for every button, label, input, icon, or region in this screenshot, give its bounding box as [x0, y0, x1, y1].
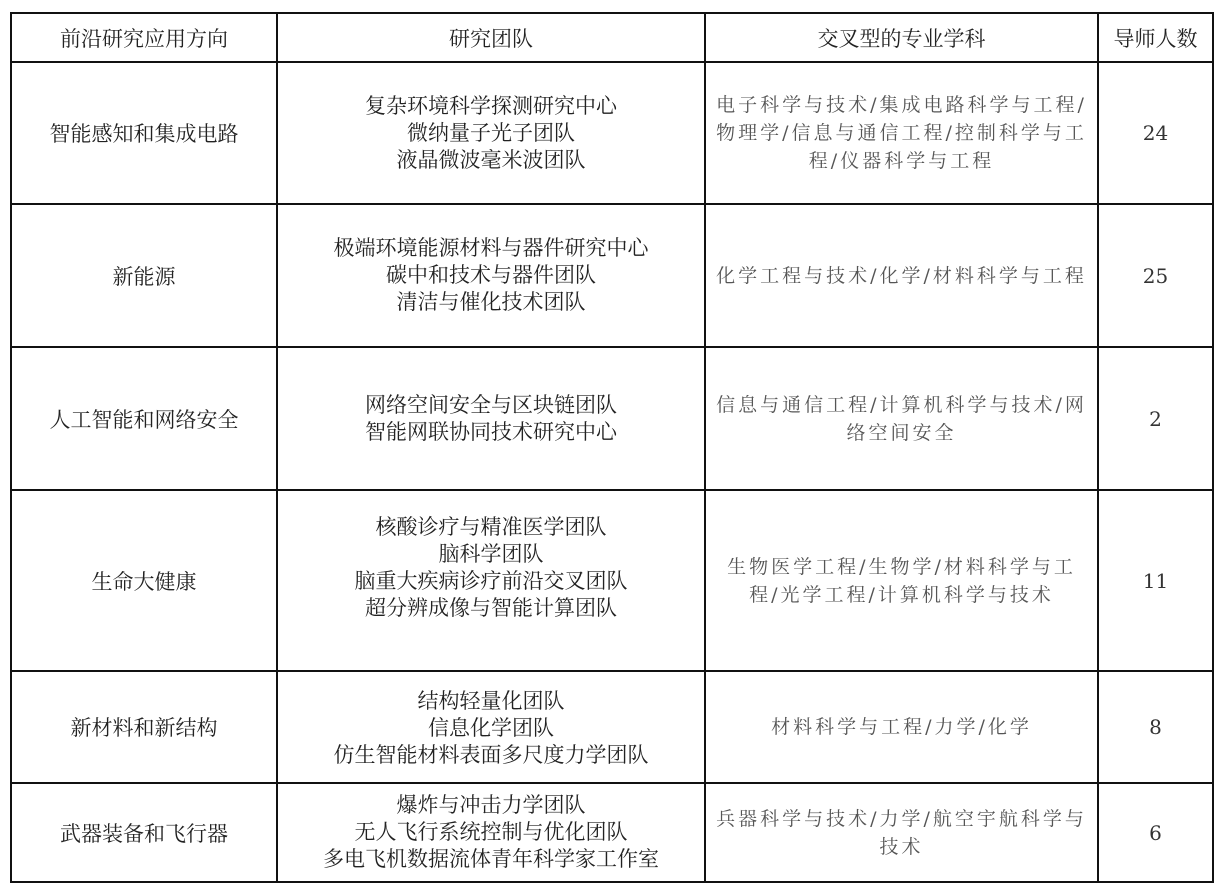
header-row: 前沿研究应用方向 研究团队 交叉型的专业学科 导师人数 — [11, 13, 1213, 62]
advisor-count-cell: 25 — [1098, 204, 1213, 347]
advisor-count-cell: 24 — [1098, 62, 1213, 204]
team-name: 结构轻量化团队 — [284, 688, 698, 715]
direction-cell: 新能源 — [11, 204, 277, 347]
table-row: 新材料和新结构 结构轻量化团队 信息化学团队 仿生智能材料表面多尺度力学团队 材… — [11, 671, 1213, 783]
teams-cell: 网络空间安全与区块链团队 智能网联协同技术研究中心 — [277, 347, 705, 490]
table-row: 人工智能和网络安全 网络空间安全与区块链团队 智能网联协同技术研究中心 信息与通… — [11, 347, 1213, 490]
disciplines-cell: 信息与通信工程/计算机科学与技术/网络空间安全 — [705, 347, 1098, 490]
advisor-count-cell: 6 — [1098, 783, 1213, 882]
direction-cell: 新材料和新结构 — [11, 671, 277, 783]
team-name: 清洁与催化技术团队 — [284, 289, 698, 316]
discipline-text: 化学工程与技术/化学/材料科学与工程 — [716, 265, 1087, 287]
team-name: 脑重大疾病诊疗前沿交叉团队 — [284, 568, 698, 595]
direction-cell: 生命大健康 — [11, 490, 277, 671]
team-name: 多电飞机数据流体青年科学家工作室 — [284, 846, 698, 873]
teams-cell: 极端环境能源材料与器件研究中心 碳中和技术与器件团队 清洁与催化技术团队 — [277, 204, 705, 347]
team-name: 超分辨成像与智能计算团队 — [284, 595, 698, 622]
team-name: 核酸诊疗与精准医学团队 — [284, 514, 698, 541]
teams-cell: 核酸诊疗与精准医学团队 脑科学团队 脑重大疾病诊疗前沿交叉团队 超分辨成像与智能… — [277, 490, 705, 671]
table-row: 新能源 极端环境能源材料与器件研究中心 碳中和技术与器件团队 清洁与催化技术团队… — [11, 204, 1213, 347]
table-row: 智能感知和集成电路 复杂环境科学探测研究中心 微纳量子光子团队 液晶微波毫米波团… — [11, 62, 1213, 204]
team-name: 复杂环境科学探测研究中心 — [284, 93, 698, 120]
team-name: 无人飞行系统控制与优化团队 — [284, 819, 698, 846]
direction-cell: 智能感知和集成电路 — [11, 62, 277, 204]
header-advisor-count: 导师人数 — [1098, 13, 1213, 62]
advisor-count-cell: 8 — [1098, 671, 1213, 783]
table-row: 生命大健康 核酸诊疗与精准医学团队 脑科学团队 脑重大疾病诊疗前沿交叉团队 超分… — [11, 490, 1213, 671]
team-name: 信息化学团队 — [284, 715, 698, 742]
team-name: 碳中和技术与器件团队 — [284, 262, 698, 289]
teams-cell: 爆炸与冲击力学团队 无人飞行系统控制与优化团队 多电飞机数据流体青年科学家工作室 — [277, 783, 705, 882]
teams-cell: 结构轻量化团队 信息化学团队 仿生智能材料表面多尺度力学团队 — [277, 671, 705, 783]
team-name: 液晶微波毫米波团队 — [284, 147, 698, 174]
team-name: 极端环境能源材料与器件研究中心 — [284, 235, 698, 262]
advisor-count-cell: 11 — [1098, 490, 1213, 671]
disciplines-cell: 生物医学工程/生物学/材料科学与工程/光学工程/计算机科学与技术 — [705, 490, 1098, 671]
research-directions-table: 前沿研究应用方向 研究团队 交叉型的专业学科 导师人数 智能感知和集成电路 复杂… — [10, 12, 1214, 883]
header-teams: 研究团队 — [277, 13, 705, 62]
teams-cell: 复杂环境科学探测研究中心 微纳量子光子团队 液晶微波毫米波团队 — [277, 62, 705, 204]
team-name: 微纳量子光子团队 — [284, 120, 698, 147]
team-name: 网络空间安全与区块链团队 — [284, 392, 698, 419]
team-name: 智能网联协同技术研究中心 — [284, 419, 698, 446]
disciplines-cell: 材料科学与工程/力学/化学 — [705, 671, 1098, 783]
advisor-count-cell: 2 — [1098, 347, 1213, 490]
team-name: 脑科学团队 — [284, 541, 698, 568]
header-disciplines: 交叉型的专业学科 — [705, 13, 1098, 62]
team-name: 仿生智能材料表面多尺度力学团队 — [284, 742, 698, 769]
table-body: 智能感知和集成电路 复杂环境科学探测研究中心 微纳量子光子团队 液晶微波毫米波团… — [11, 62, 1213, 882]
table-header: 前沿研究应用方向 研究团队 交叉型的专业学科 导师人数 — [11, 13, 1213, 62]
disciplines-cell: 化学工程与技术/化学/材料科学与工程 — [705, 204, 1098, 347]
table-row: 武器装备和飞行器 爆炸与冲击力学团队 无人飞行系统控制与优化团队 多电飞机数据流… — [11, 783, 1213, 882]
direction-cell: 武器装备和飞行器 — [11, 783, 277, 882]
disciplines-cell: 电子科学与技术/集成电路科学与工程/物理学/信息与通信工程/控制科学与工程/仪器… — [705, 62, 1098, 204]
team-name: 爆炸与冲击力学团队 — [284, 792, 698, 819]
direction-cell: 人工智能和网络安全 — [11, 347, 277, 490]
header-direction: 前沿研究应用方向 — [11, 13, 277, 62]
disciplines-cell: 兵器科学与技术/力学/航空宇航科学与技术 — [705, 783, 1098, 882]
